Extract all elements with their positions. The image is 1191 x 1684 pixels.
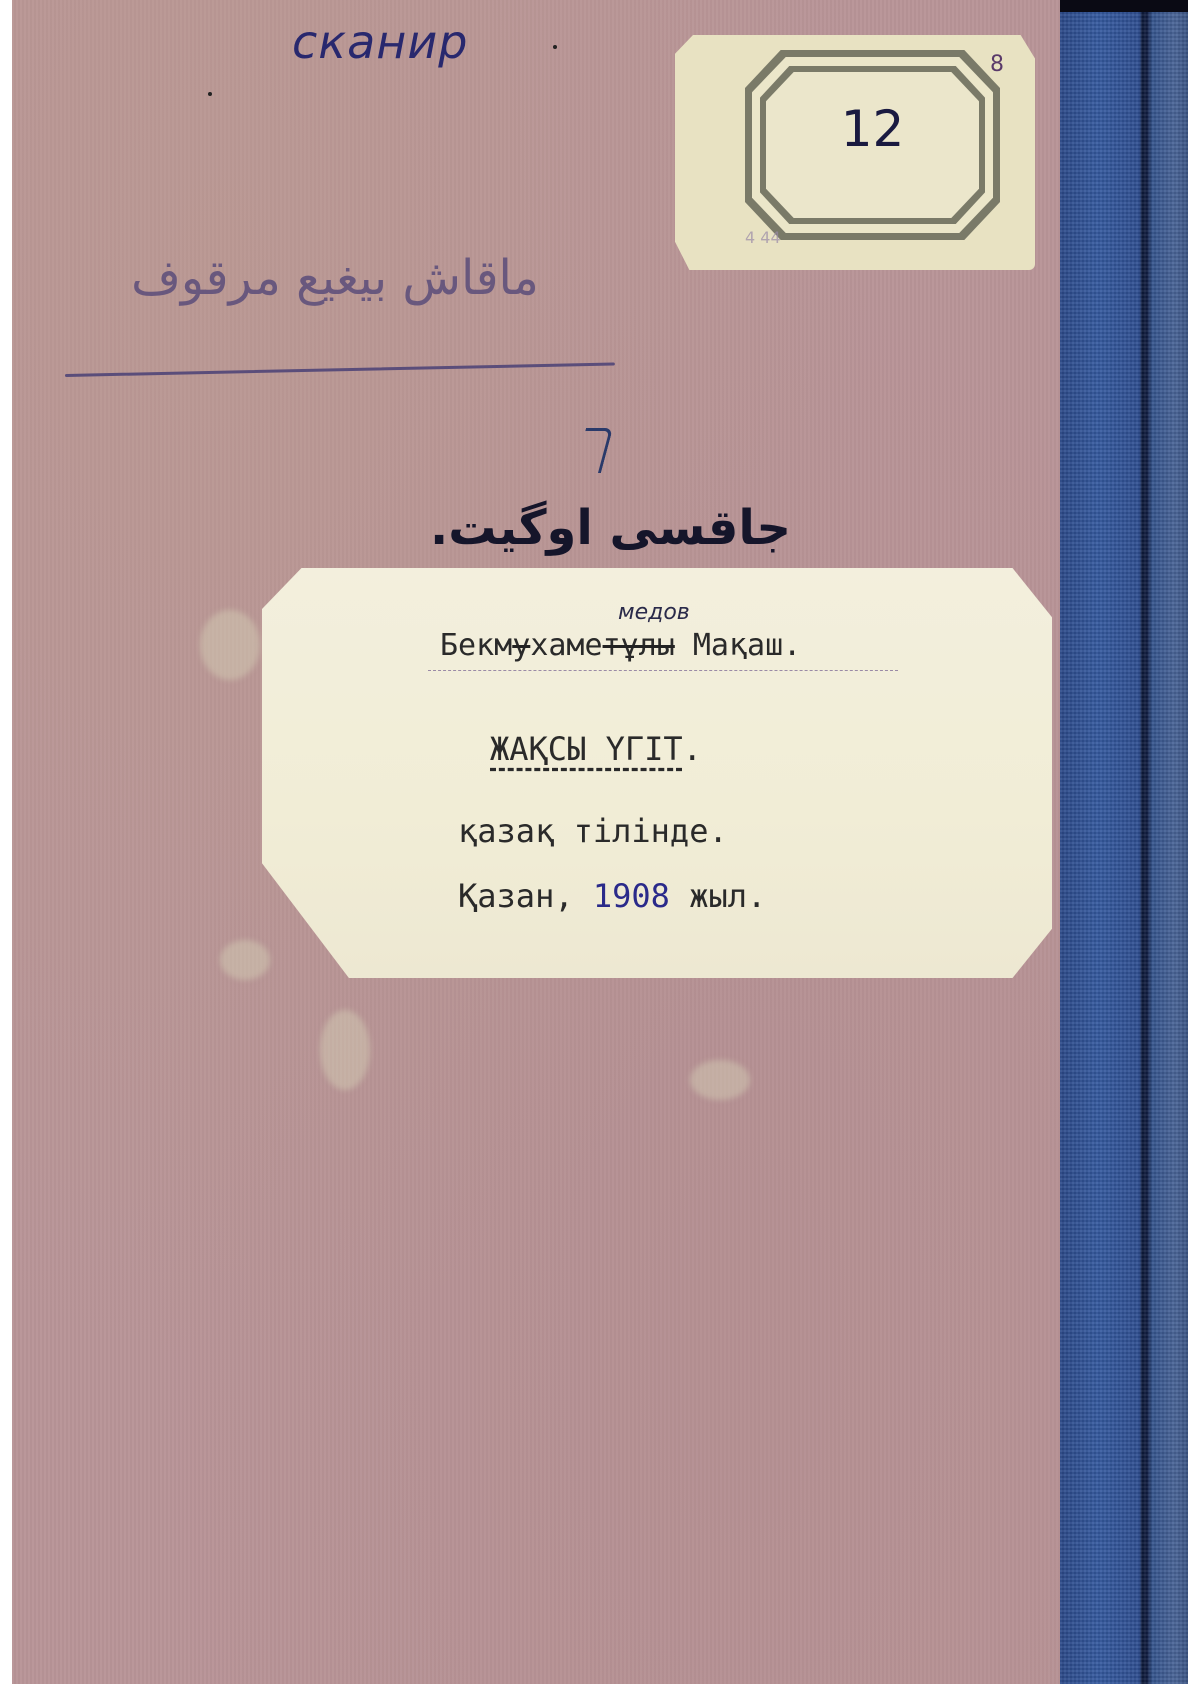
handwritten-scan-note: сканир [292,15,468,69]
author-line: Бекмухаметұлы Мақаш. [440,628,801,663]
arabic-handwritten-title: جاقسى اوگيت. [430,500,791,556]
author-middle: хаме [530,628,602,663]
cover-stain [220,940,270,980]
author-correction: медов [618,600,690,625]
ink-dot [553,45,557,49]
shelf-faint-mark: 4 44 [745,228,781,247]
imprint-place: Қазан, [458,877,593,915]
book-spine [1060,0,1188,1684]
book-title-period: . [683,730,702,768]
book-title: ЖАҚСЫ ҮГІТ. [490,730,702,768]
cover-stain [690,1060,750,1100]
shelf-number: 12 [766,100,979,158]
ink-dot [208,92,212,96]
arabic-handwritten-author: ماقاش بيغيع مرقوف [50,250,620,306]
author-rule [428,670,898,672]
spine-top-edge [1060,0,1188,12]
imprint-year-suffix: жыл. [670,877,766,915]
author-struck-letter: у [512,628,530,663]
imprint-year: 1908 [593,877,670,915]
cover-stain [320,1010,370,1090]
author-given-name: Мақаш. [675,628,801,663]
cover-stain [200,610,260,680]
author-struck-suffix: тұлы [603,628,675,663]
imprint-line: Қазан, 1908 жыл. [458,877,766,915]
language-line: қазақ тілінде. [458,812,728,850]
book-title-text: ЖАҚСЫ ҮГІТ [490,730,683,768]
shelf-corner-mark: 8 [990,52,1004,77]
author-prefix: Бекм [440,628,512,663]
